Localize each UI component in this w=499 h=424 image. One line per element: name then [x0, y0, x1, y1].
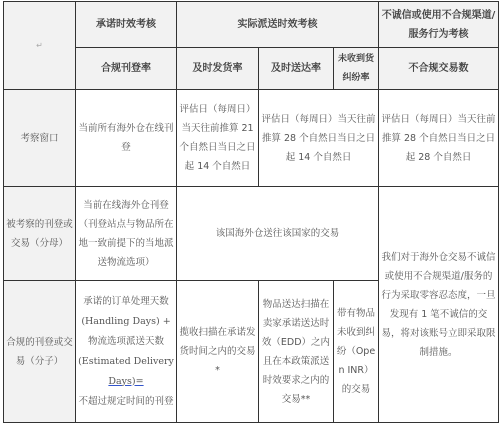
line: 不超过规定时间的刊登	[78, 392, 174, 412]
line: (Handling Days) +	[78, 312, 174, 332]
corner-cell: ↵	[4, 2, 76, 90]
line: Days)=	[78, 372, 174, 392]
row-label-window: 考察窗口	[4, 90, 76, 187]
cell-numerator-inr: 带有物品未收到纠纷（Open INR）的交易	[334, 281, 379, 423]
header-actual-delivery-timeliness: 实际派送时效考核	[177, 2, 379, 48]
row-label-numerator: 合规的刊登或交易（分子）	[4, 281, 76, 423]
cell-window-noncompliant: 评估日（每周日）当天往前推算 28 个自然日当日之日起 28 个自然日	[379, 90, 499, 187]
line: 承诺的订单处理天数	[78, 292, 174, 312]
header-not-received-dispute-rate: 未收到货纠纷率	[334, 48, 379, 90]
cell-denominator-compliant: 当前在线海外仓刊登（刊登站点与物品所在地一致前提下的当地派送物流选项）	[76, 187, 177, 281]
cell-window-ship: 评估日（每周日）当天往前推算 21 个自然日当日之日起 14 个自然日	[177, 90, 259, 187]
cell-numerator-delivery: 物品送达扫描在卖家承诺送达时效（EDD）之内且在本政策派送时效要求之内的交易**	[259, 281, 334, 423]
cell-window-delivery: 评估日（每周日）当天往前推算 28 个自然日当日之日起 14 个自然日	[259, 90, 379, 187]
cell-numerator-ship: 揽收扫描在承诺发货时间之内的交易*	[177, 281, 259, 423]
header-promised-timeliness: 承诺时效考核	[76, 2, 177, 48]
cell-denominator-merged: 该国海外仓送往该国家的交易	[177, 187, 379, 281]
header-dishonest-behavior: 不诚信或使用不合规渠道/服务行为考核	[379, 2, 499, 48]
cell-window-compliant: 当前所有海外仓在线刊登	[76, 90, 177, 187]
line: 物流选项派送天数	[78, 332, 174, 352]
header-ontime-delivery-rate: 及时送达率	[259, 48, 334, 90]
line: (Estimated Delivery	[78, 352, 174, 372]
cell-numerator-compliant: 承诺的订单处理天数 (Handling Days) + 物流选项派送天数 (Es…	[76, 281, 177, 423]
header-ontime-ship-rate: 及时发货率	[177, 48, 259, 90]
policy-table: ↵ 承诺时效考核 实际派送时效考核 不诚信或使用不合规渠道/服务行为考核 合规刊…	[3, 1, 499, 423]
header-noncompliant-count: 不合规交易数	[379, 48, 499, 90]
cell-dishonest-policy: 我们对于海外仓交易不诚信或使用不合规渠道/服务的行为采取零容忍态度，一旦发现有 …	[379, 187, 499, 423]
row-label-denominator: 被考察的刊登或交易（分母）	[4, 187, 76, 281]
header-compliant-listing-rate: 合规刊登率	[76, 48, 177, 90]
